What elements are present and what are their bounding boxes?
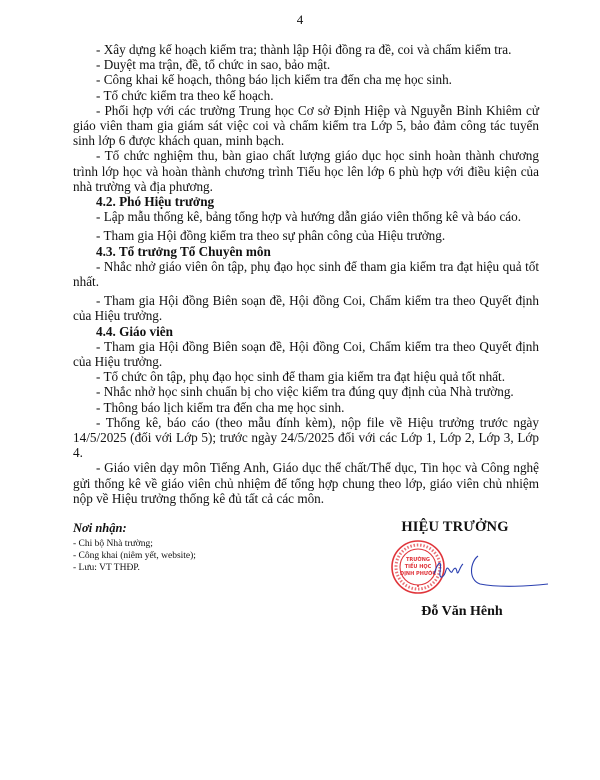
signer-name: Đỗ Văn Hênh xyxy=(360,604,550,620)
body-item: - Nhắc nhở giáo viên ôn tập, phụ đạo học… xyxy=(73,259,539,289)
body-item: - Giáo viên dạy môn Tiếng Anh, Giáo dục … xyxy=(73,460,539,506)
body-item: - Phối hợp với các trường Trung học Cơ s… xyxy=(73,103,539,149)
section-heading-4-2: 4.2. Phó Hiệu trưởng xyxy=(73,194,539,209)
page-number: 4 xyxy=(0,12,600,28)
svg-text:TIỂU HỌC: TIỂU HỌC xyxy=(405,562,432,570)
svg-text:TRƯỜNG: TRƯỜNG xyxy=(406,556,430,563)
body-item: - Xây dựng kế hoạch kiểm tra; thành lập … xyxy=(73,42,539,57)
body-item: - Lập mẫu thống kê, bảng tổng hợp và hướ… xyxy=(73,209,539,224)
body-item: - Tham gia Hội đồng Biên soạn đề, Hội đồ… xyxy=(73,339,539,369)
signature-title: HIỆU TRƯỞNG xyxy=(360,519,550,536)
body-item: - Tổ chức ôn tập, phụ đạo học sinh để th… xyxy=(73,369,539,384)
document-body: - Xây dựng kế hoạch kiểm tra; thành lập … xyxy=(73,42,539,506)
body-item: - Tham gia Hội đồng Biên soạn đề, Hội đồ… xyxy=(73,293,539,323)
recipient-item: - Công khai (niêm yết, website); xyxy=(73,550,333,562)
section-heading-4-3: 4.3. Tổ trưởng Tổ Chuyên môn xyxy=(73,244,539,259)
signature-block: HIỆU TRƯỞNG TRƯỜNG TIỂU HỌC ĐỊNH PHƯỚC Đ… xyxy=(360,519,550,620)
handwritten-signature-icon xyxy=(430,544,550,594)
body-item: - Công khai kế hoạch, thông báo lịch kiể… xyxy=(73,72,539,87)
body-item: - Tham gia Hội đồng kiểm tra theo sự phâ… xyxy=(73,228,539,243)
signature-area: TRƯỜNG TIỂU HỌC ĐỊNH PHƯỚC xyxy=(360,536,550,606)
section-heading-4-4: 4.4. Giáo viên xyxy=(73,324,539,339)
recipient-item: - Chi bộ Nhà trường; xyxy=(73,538,333,550)
body-item: - Tổ chức nghiệm thu, bàn giao chất lượn… xyxy=(73,148,539,194)
recipient-item: - Lưu: VT THĐP. xyxy=(73,562,333,574)
body-item: - Tổ chức kiểm tra theo kế hoạch. xyxy=(73,88,539,103)
body-item: - Nhắc nhở học sinh chuẩn bị cho việc ki… xyxy=(73,384,539,399)
body-item: - Thông báo lịch kiểm tra đến cha mẹ học… xyxy=(73,400,539,415)
body-item: - Duyệt ma trận, đề, tổ chức in sao, bảo… xyxy=(73,57,539,72)
body-item: - Thống kê, báo cáo (theo mẫu đính kèm),… xyxy=(73,415,539,461)
recipients-title: Nơi nhận: xyxy=(73,521,333,536)
recipients-block: Nơi nhận: - Chi bộ Nhà trường; - Công kh… xyxy=(73,521,333,574)
